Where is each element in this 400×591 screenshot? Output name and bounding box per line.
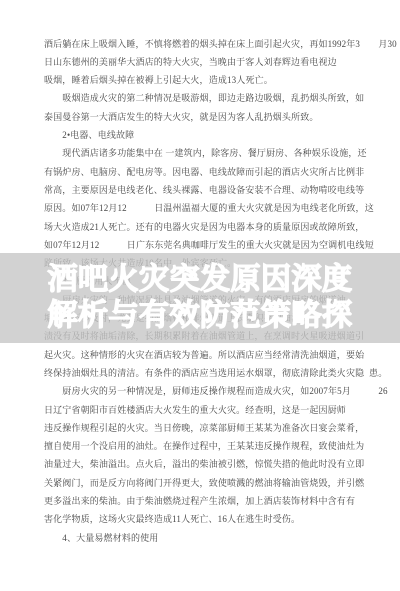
- text-line: 吸烟造成火灾的第二种情况是吸游烟，即边走路边吸烟，乱扔烟头所致，如: [44, 93, 364, 104]
- text-line: 终保持油烟灶具的清洁。有条件的酒店应当选用运水烟罩，彻底清除此类火灾隐 患。: [44, 368, 387, 379]
- text-line: 厨房火灾的另一种情况是，厨师违反操作规程而造成火灾，如2007年5月 26: [44, 386, 388, 397]
- text-line: 现代酒店诸多功能集中在 一建筑内，除客房、餐厅厨房、各种娱乐设施，还: [44, 148, 367, 159]
- text-line: 酒后躺在床上吸烟入睡，不慎将燃着的烟头掉在床上面引起火灾，再如1992年3 月3…: [44, 39, 397, 50]
- article-page: 酒后躺在床上吸烟入睡，不慎将燃着的烟头掉在床上面引起火灾，再如1992年3 月3…: [0, 0, 400, 591]
- text-line: 擅自使用一个没启用的油灶。在操作过程中，王某某违反操作规程，致使油灶为: [44, 441, 364, 452]
- text-line: 如07年12月12 日广东东莞名典咖啡厅发生的重大火灾就是因为空调机电线短: [44, 240, 374, 251]
- text-line: 有锅炉房、电脑房、配电房等。因电器、电线故障而引起的酒店火灾所占比例非: [44, 167, 364, 178]
- overlay-title-line-1: 酒吧火灾突发原因深度: [48, 262, 353, 298]
- text-line: 违反操作规程引起的火灾。当日傍晚，凉菜部厨师王某某为准备次日宴会菜肴，: [44, 423, 364, 434]
- text-line: 原因。如07年12月12 日温州温福大厦的重大火灾就是因为电线老化所致，这: [44, 203, 374, 214]
- text-line: 起火灾。这种情形的火灾在酒店较为普遍。所以酒店应当经常清洗油烟道，要始: [44, 350, 364, 361]
- overlay-title-line-2: 解析与有效防范策略探: [48, 298, 353, 334]
- text-line: 关紧阀门，而是反方向将阀门开得更大，致使喷溅的燃油将输油管烧毁，并引燃: [44, 478, 364, 489]
- article-overlay-title: 酒吧火灾突发原因深度 解析与有效防范策略探: [0, 253, 400, 343]
- text-line: 更多溢出来的柴油。由于柴油燃烧过程产生浓烟，加上酒店装饰材料中含有有: [44, 496, 355, 507]
- text-line: 常高，主要原因是电线老化、线头裸露、电器设备安装不合理、动物啃咬电线等: [44, 185, 364, 196]
- text-line: 吸烟，睡着后烟头掉在被褥上引起大火，造成13人死亡。: [44, 75, 273, 86]
- text-line: 日辽宁省朝阳市百姓楼酒店大火发生的重大火灾。经查明，这是一起因厨师: [44, 405, 346, 416]
- text-line: 油量过大，柴油溢出。点火后，溢出的柴油被引燃，惊慌失措的他此时没有立即: [44, 459, 364, 470]
- text-line: 4、大量易燃材料的使用: [44, 533, 158, 544]
- text-line: 害化学物质，这场火灾最终造成11人死亡、16人在逃生时受伤。: [44, 514, 300, 525]
- text-line: 泰国曼谷第一大酒店发生的特大火灾，就是因为客人乱扔烟头所致。: [44, 112, 319, 123]
- text-line: 日山东德州的美丽华大酒店的特大火灾，当晚由于客人刘春辉边看电视边: [44, 57, 337, 68]
- text-line: 2•电器、电线故障: [44, 130, 134, 141]
- text-line: 场大火造成21人死亡。还有的电器火灾是因为电器本身的质量原因或故障所致，: [44, 222, 364, 233]
